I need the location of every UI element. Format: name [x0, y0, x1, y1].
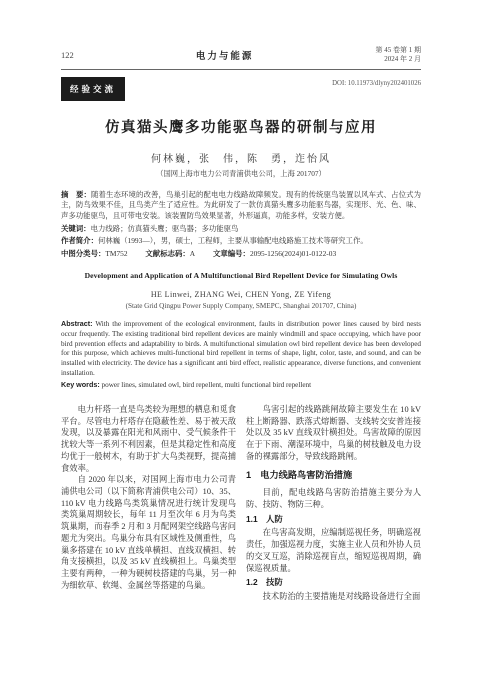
page-header: 122 电力与能源 第 45 卷第 1 期 2024 年 2 月 — [61, 46, 421, 70]
doc-code-pair: 文献标志码：A — [145, 249, 195, 258]
article-id-pair: 文章编号：2095-1256(2024)01-0122-03 — [213, 249, 336, 258]
clc-value: TM752 — [105, 249, 127, 258]
body-right-column: 鸟害引起的线路跳闸故障主要发生在 10 kV 柱上断路器、跌落式熔断器、支线转交… — [246, 404, 421, 603]
doc-code-value: A — [190, 249, 195, 258]
body-paragraph: 电力杆塔一直是鸟类较为理想的栖息和觅食平台。尽管电力杆塔存在隐蔽性差、易于被天敌… — [61, 404, 236, 474]
issue-info: 第 45 卷第 1 期 2024 年 2 月 — [375, 46, 421, 64]
classification-line: 中图分类号：TM752 文献标志码：A 文章编号：2095-1256(2024)… — [61, 249, 421, 259]
abstract-en: Abstract: With the improvement of the ec… — [61, 319, 421, 379]
article-body: 电力杆塔一直是鸟类较为理想的栖息和觅食平台。尽管电力杆塔存在隐蔽性差、易于被天敌… — [61, 404, 421, 603]
journal-title: 电力与能源 — [196, 48, 254, 62]
abstract-label-en: Abstract: — [61, 319, 93, 328]
affiliation-cn: （国网上海市电力公司青浦供电公司，上海 201707） — [61, 169, 421, 179]
badge-row: 经验交流 DOI: 10.11973/dlyny202401026 — [61, 77, 421, 101]
page-number: 122 — [61, 50, 74, 60]
authors-cn: 何林巍，张 伟，陈 勇，迮怡风 — [61, 150, 421, 165]
body-paragraph: 在鸟害高发期，应编制巡视任务，明确巡视责任，加强巡视力度，实施主业人员和外协人员… — [246, 527, 421, 574]
article-title-cn: 仿真猫头鹰多功能驱鸟器的研制与应用 — [61, 116, 421, 137]
issue-date: 2024 年 2 月 — [384, 55, 421, 63]
keywords-label-cn: 关键词： — [61, 224, 91, 233]
body-paragraph: 鸟害引起的线路跳闸故障主要发生在 10 kV 柱上断路器、跌落式熔断器、支线转交… — [246, 404, 421, 463]
section-heading-1-1: 1.1 人防 — [246, 514, 421, 526]
article-id-value: 2095-1256(2024)01-0122-03 — [250, 249, 336, 258]
authors-en: HE Linwei, ZHANG Wei, CHEN Yong, ZE Yife… — [61, 290, 421, 299]
keywords-en: Key words: power lines, simulated owl, b… — [61, 380, 421, 391]
doc-code-label: 文献标志码： — [145, 249, 189, 258]
volume-issue: 第 45 卷第 1 期 — [375, 46, 421, 54]
body-paragraph: 技术防治的主要措施是对线路设备进行全面 — [246, 591, 421, 603]
keywords-cn: 关键词：电力线路；仿真猫头鹰；驱鸟器；多功能驱鸟 — [61, 224, 421, 234]
abstract-label-cn: 摘 要： — [61, 190, 91, 199]
keywords-text-cn: 电力线路；仿真猫头鹰；驱鸟器；多功能驱鸟 — [91, 224, 239, 233]
doi-text: DOI: 10.11973/dlyny202401026 — [332, 80, 421, 87]
article-title-en: Development and Application of A Multifu… — [61, 271, 421, 280]
clc-pair: 中图分类号：TM752 — [61, 249, 128, 258]
clc-label: 中图分类号： — [61, 249, 105, 258]
abstract-cn: 摘 要：随着生态环境的改善，鸟巢引起的配电电力线路故障频发。现有的传统驱鸟装置以… — [61, 190, 421, 221]
keywords-label-en: Key words: — [61, 380, 100, 389]
author-bio: 作者简介：何林巍（1993—），男，硕士，工程师，主要从事输配电线路施工技术等研… — [61, 236, 421, 246]
section-heading-1-2: 1.2 技防 — [246, 577, 421, 589]
body-paragraph: 目前，配电线路鸟害防治措施主要分为人防、技防、物防三种。 — [246, 487, 421, 510]
abstract-text-cn: 随着生态环境的改善，鸟巢引起的配电电力线路故障频发。现有的传统驱鸟装置以风车式、… — [61, 190, 421, 220]
keywords-text-en: power lines, simulated owl, bird repelle… — [102, 381, 312, 389]
affiliation-en: (State Grid Qingpu Power Supply Company,… — [61, 302, 421, 310]
bio-label: 作者简介： — [61, 236, 98, 245]
section-heading-1: 1 电力线路鸟害防治措施 — [246, 470, 421, 482]
journal-page: 122 电力与能源 第 45 卷第 1 期 2024 年 2 月 经验交流 DO… — [0, 0, 480, 673]
article-id-label: 文章编号： — [213, 249, 250, 258]
bio-text: 何林巍（1993—），男，硕士，工程师，主要从事输配电线路施工技术等研究工作。 — [98, 236, 368, 245]
body-left-column: 电力杆塔一直是鸟类较为理想的栖息和觅食平台。尽管电力杆塔存在隐蔽性差、易于被天敌… — [61, 404, 236, 603]
abstract-text-en: With the improvement of the ecological e… — [61, 320, 421, 378]
column-badge: 经验交流 — [61, 77, 125, 101]
body-paragraph: 自 2020 年以来，对国网上海市电力公司青浦供电公司（以下简称青浦供电公司）1… — [61, 474, 236, 591]
